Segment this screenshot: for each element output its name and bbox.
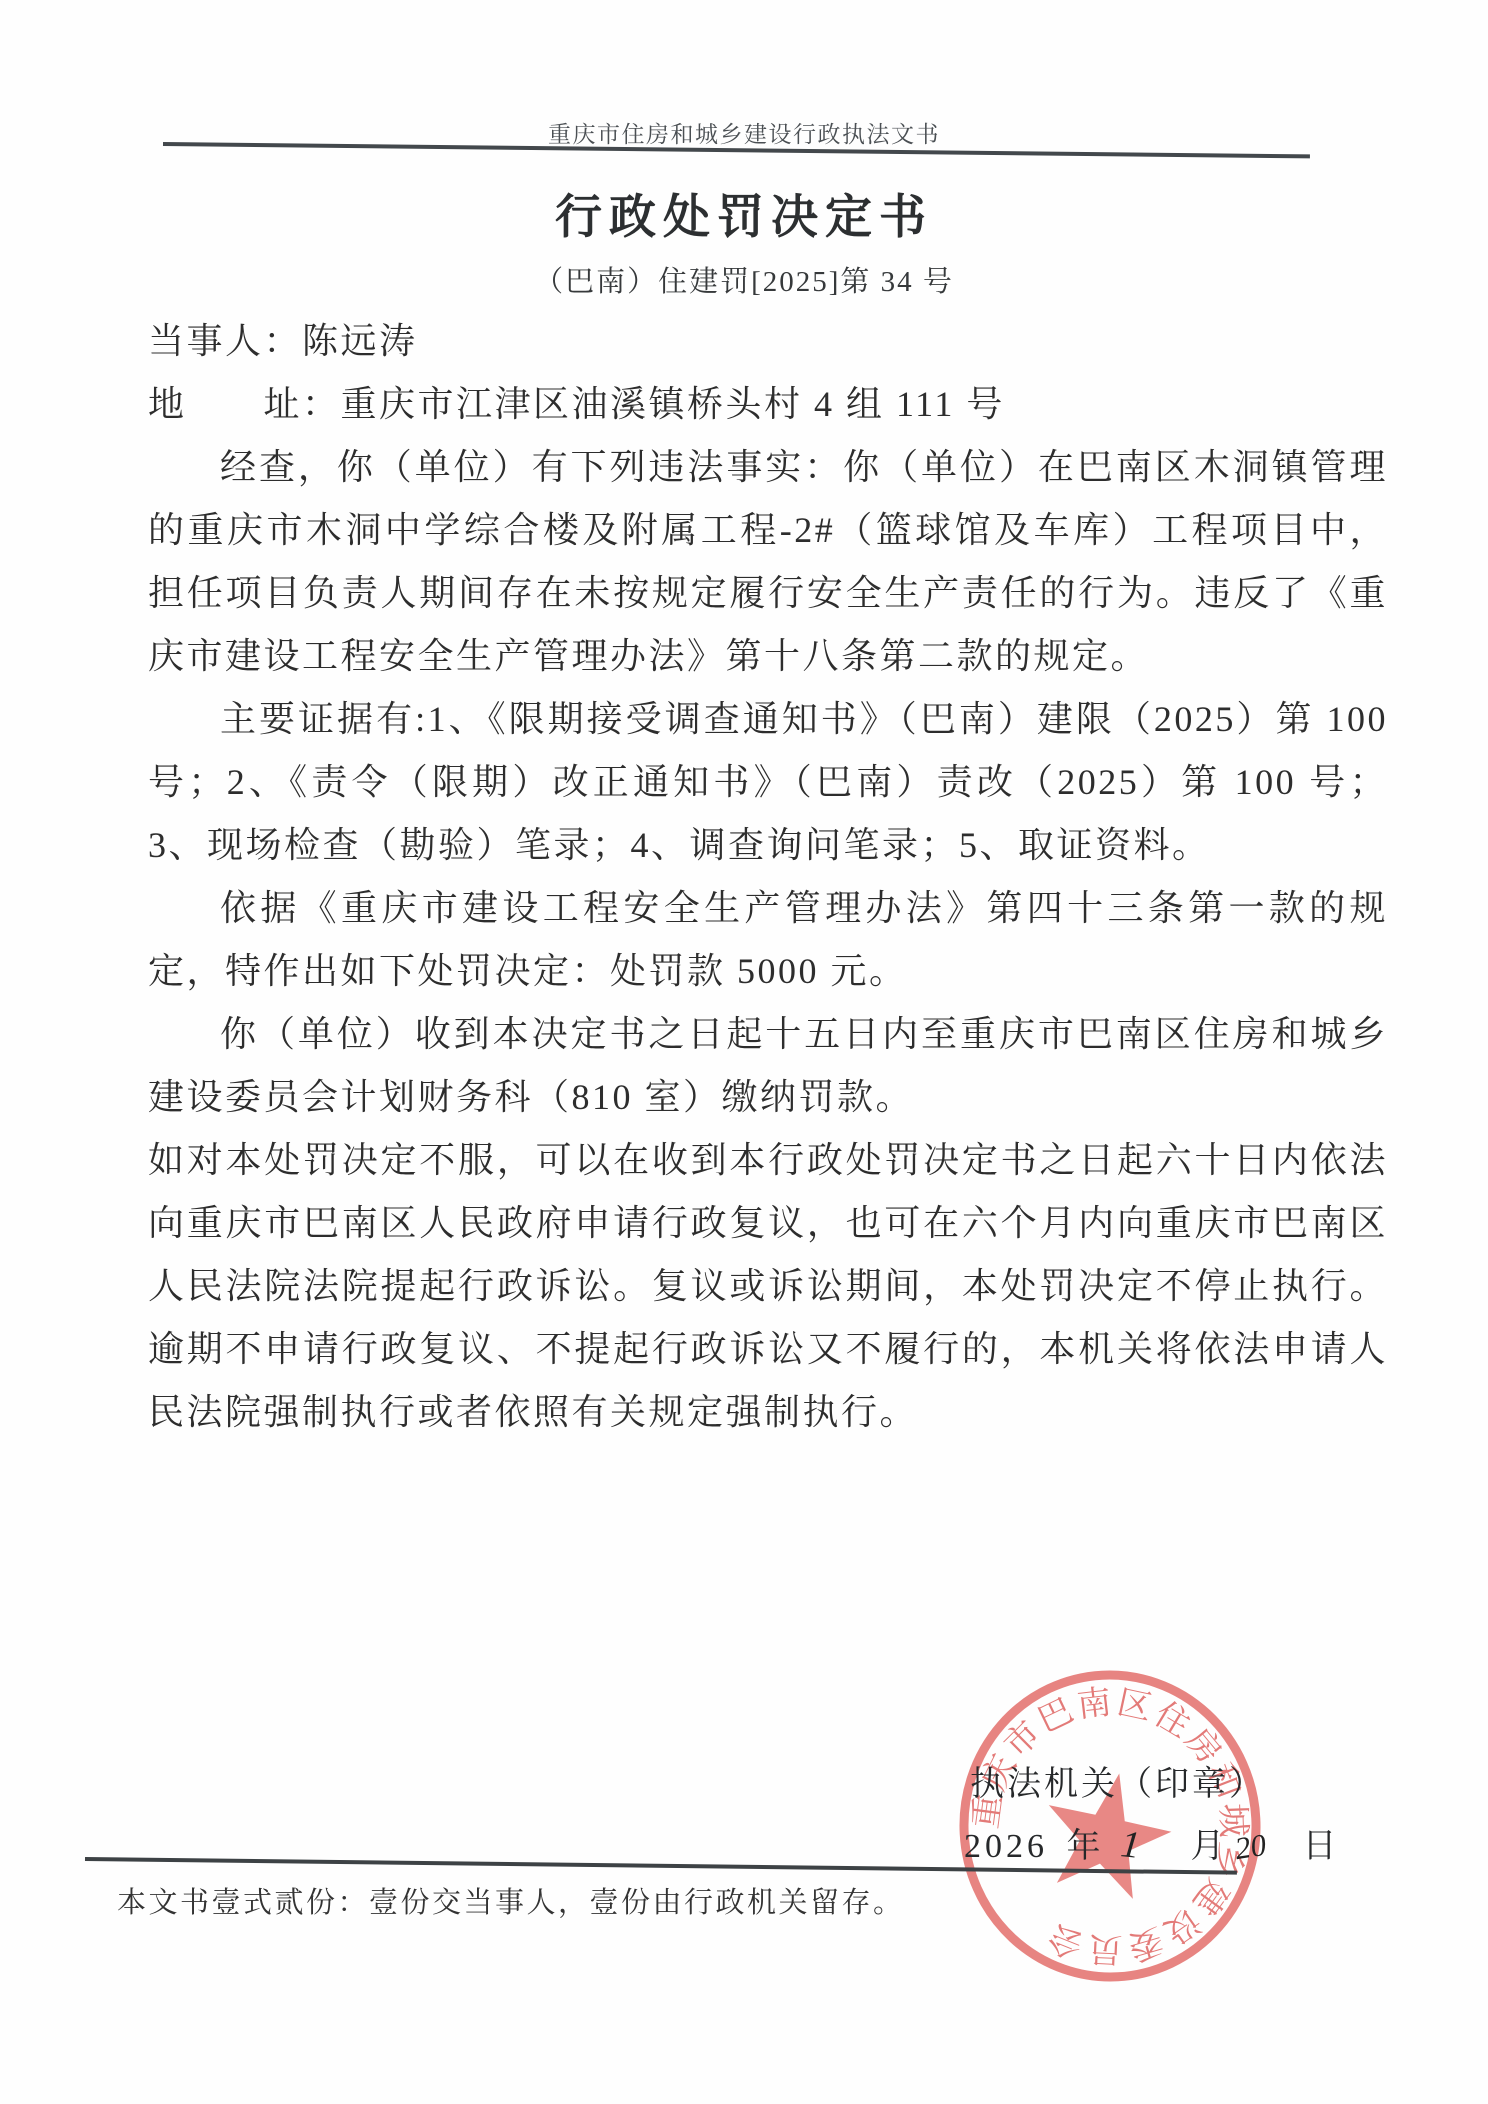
document-body: 当事人：陈远涛 地 址：重庆市江津区油溪镇桥头村 4 组 111 号 经查，你（… <box>148 310 1388 1444</box>
decision-date-line: 2026 年 1 月 20 日 <box>964 1818 1337 1867</box>
address-label: 地 址： <box>148 384 341 424</box>
date-year-unit: 年 <box>1067 1828 1101 1865</box>
handwritten-month-value: 1 <box>1119 1822 1142 1868</box>
address-value: 重庆市江津区油溪镇桥头村 4 组 111 号 <box>341 384 1005 424</box>
date-month-unit: 月 <box>1191 1828 1225 1865</box>
paragraph-evidence: 主要证据有:1、《限期接受调查通知书》（巴南）建限（2025）第 100 号；2… <box>148 688 1388 877</box>
document-title: 行政处罚决定书 <box>0 180 1488 247</box>
handwritten-day-value: 20 <box>1232 1827 1268 1867</box>
enforcement-authority-line: 执法机关（印章） <box>970 1756 1266 1805</box>
party-name: 陈远涛 <box>302 321 418 361</box>
date-year-value: 2026 <box>964 1828 1048 1865</box>
paragraph-decision: 依据《重庆市建设工程安全生产管理办法》第四十三条第一款的规定，特作出如下处罚决定… <box>148 877 1388 1003</box>
address-line: 地 址：重庆市江津区油溪镇桥头村 4 组 111 号 <box>148 373 1388 436</box>
paragraph-payment: 你（单位）收到本决定书之日起十五日内至重庆市巴南区住房和城乡建设委员会计划财务科… <box>148 1003 1388 1129</box>
document-number: （巴南）住建罚[2025]第 34 号 <box>0 259 1488 300</box>
party-line: 当事人：陈远涛 <box>148 310 1388 373</box>
paragraph-facts: 经查，你（单位）有下列违法事实：你（单位）在巴南区木洞镇管理的重庆市木洞中学综合… <box>148 436 1388 688</box>
paragraph-appeal-rights: 如对本处罚决定不服，可以在收到本行政处罚决定书之日起六十日内依法向重庆市巴南区人… <box>148 1129 1388 1444</box>
copies-distribution-note: 本文书壹式贰份：壹份交当事人，壹份由行政机关留存。 <box>117 1880 905 1921</box>
date-day-unit: 日 <box>1303 1828 1337 1865</box>
party-label: 当事人： <box>148 321 302 361</box>
penalty-decision-document: 重庆市住房和城乡建设行政执法文书 行政处罚决定书 （巴南）住建罚[2025]第 … <box>0 0 1488 2104</box>
